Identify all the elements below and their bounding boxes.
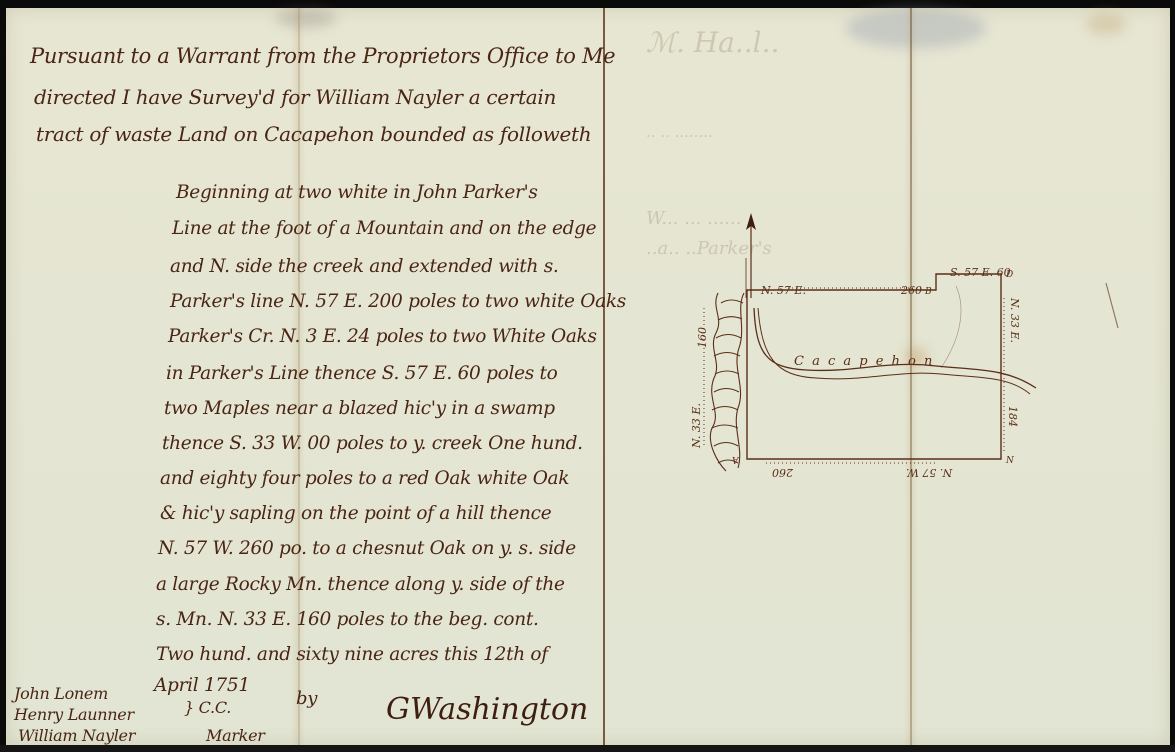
plat-step-bearing: S. 57 E. 60 (950, 266, 1011, 279)
plat-corner-n: N (1006, 456, 1014, 466)
survey-document-sheet: ℳ. Ha..l.. .. .. ........ W... ... .....… (6, 8, 1170, 745)
plat-corner-d: D (1006, 270, 1013, 280)
survey-plat-drawing (6, 8, 1170, 745)
plat-corner-b: B (925, 287, 932, 297)
plat-left-bearing: N. 33 E. (690, 403, 703, 448)
plat-bottom-distance: 260 (772, 466, 793, 479)
plat-corner-a: A (732, 454, 739, 464)
plat-left-distance: 160 (696, 327, 709, 348)
plat-right-distance: 184 (1006, 406, 1019, 427)
plat-top-distance: 260 (901, 284, 922, 297)
plat-river-label: C a c a p e h o n (794, 354, 934, 369)
scan-bottom-border (0, 745, 1175, 752)
mountain-hatching (710, 293, 744, 471)
north-arrow-icon (746, 213, 756, 298)
plat-bottom-bearing: N. 57 W. (906, 466, 952, 479)
plat-right-bearing: N. 33 E. (1008, 298, 1021, 343)
plat-top-bearing: N. 57 E. (761, 284, 806, 297)
scan-top-border (0, 0, 1175, 8)
